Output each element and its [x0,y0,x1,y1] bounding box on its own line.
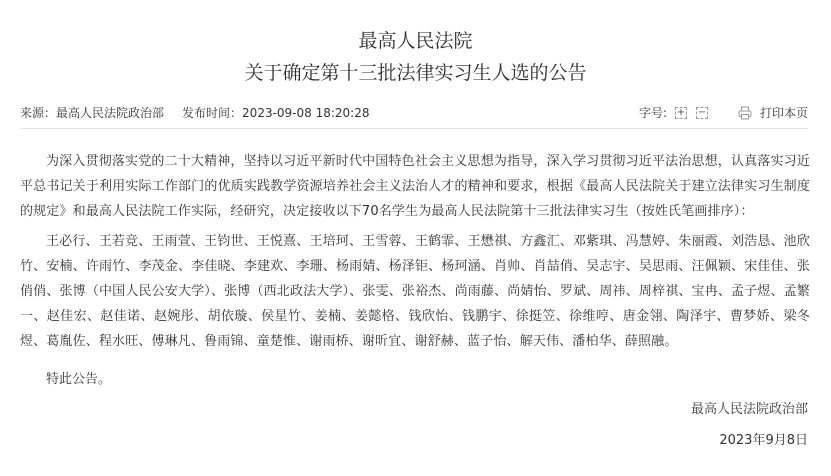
article-tools: 字号: + − 打印本页 [639,103,808,123]
publish-label: 发布时间： [182,106,242,120]
source-value: 最高人民法院政治部 [56,106,164,120]
meta-bar: 来源：最高人民法院政治部发布时间：2023-09-08 18:20:28 字号:… [20,103,808,123]
font-size-label: 字号: [639,103,667,123]
intro-paragraph: 为深入贯彻落实党的二十大精神，坚持以习近平新时代中国特色社会主义思想为指导，深入… [20,149,810,224]
page-title: 关于确定第十三批法律实习生人选的公告 [0,58,831,85]
publish-time: 2023-09-08 18:20:28 [242,106,369,120]
page-title-org: 最高人民法院 [0,26,831,53]
font-decrease-button[interactable]: − [696,107,708,119]
print-page-link[interactable]: 打印本页 [760,103,808,123]
article-body: 为深入贯彻落实党的二十大精神，坚持以习近平新时代中国特色社会主义思想为指导，深入… [20,149,810,359]
font-increase-button[interactable]: + [675,107,687,119]
signature-organization: 最高人民法院政治部 [691,398,808,417]
source-label: 来源： [20,106,56,120]
names-list-paragraph: 王必行、王若竞、王雨萱、王钧世、王悦熹、王培珂、王雪蓉、王鹤霏、王懋祺、方鑫汇、… [20,229,810,354]
divider [20,128,808,129]
printer-icon[interactable] [738,106,752,120]
article-meta: 来源：最高人民法院政治部发布时间：2023-09-08 18:20:28 [20,103,370,123]
signature-date: 2023年9月8日 [719,429,808,448]
closing-text: 特此公告。 [46,368,111,387]
